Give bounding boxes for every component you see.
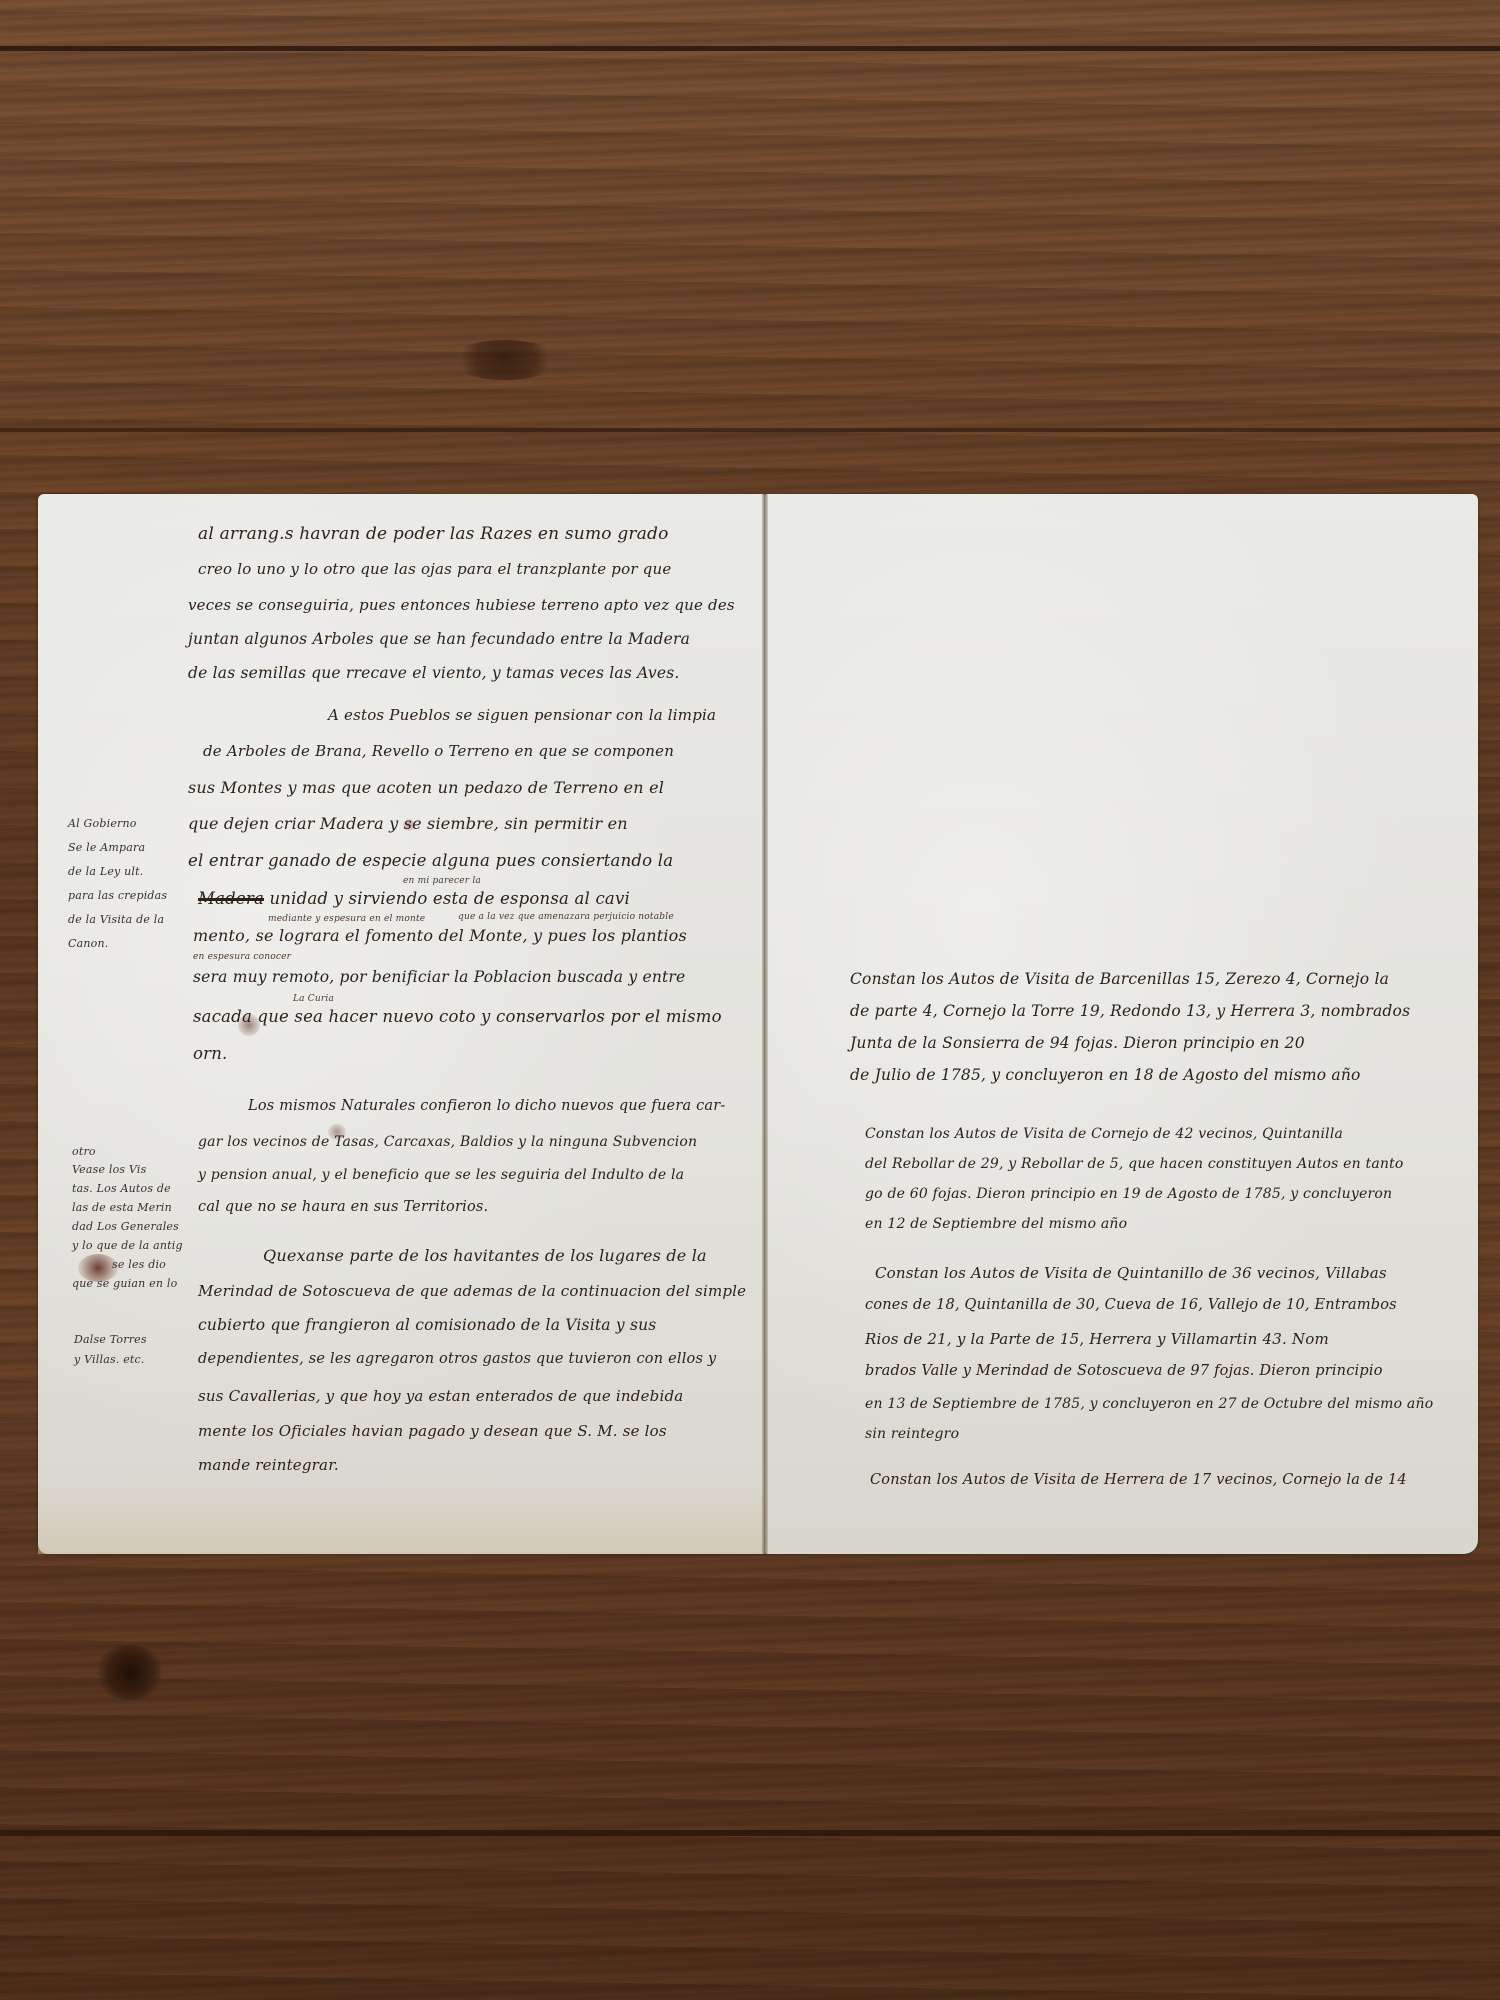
manuscript-line: juntan algunos Arboles que se han fecund… [188,630,690,648]
struck-word: Madera [198,889,264,908]
manuscript-line: veces se conseguiria, pues entonces hubi… [188,596,735,614]
manuscript-line: y pension anual, y el beneficio que se l… [198,1167,684,1183]
margin-note-3: Dalse Torres y Villas. etc. [74,1330,186,1370]
manuscript-line: al arrang.s havran de poder las Razes en… [198,524,669,544]
manuscript-line: Constan los Autos de Visita de Cornejo d… [865,1126,1343,1142]
right-page: Constan los Autos de Visita de Barcenill… [765,494,1478,1554]
manuscript-line: orn. [193,1044,228,1063]
manuscript-line: Junta de la Sonsierra de 94 fojas. Diero… [850,1034,1305,1052]
manuscript-line-text: mente los Oficiales havian pagado y dese… [198,1422,667,1440]
manuscript-line: sera muy remoto, por benificiar la Pobla… [193,968,685,986]
manuscript-line: sus Montes y mas que acoten un pedazo de… [188,778,664,797]
manuscript-line: en 12 de Septiembre del mismo año [865,1216,1127,1232]
manuscript-line: Rios de 21, y la Parte de 15, Herrera y … [865,1330,1329,1348]
interlinear-note: mediante y espesura en el monte [268,914,425,924]
margin-note-1: Al Gobierno Se le Ampara de la Ley ult. … [68,812,178,956]
manuscript-line: sin reintegro [865,1426,959,1442]
margin-line: se les dio [72,1255,184,1274]
manuscript-line: A estos Pueblos se siguen pensionar con … [328,706,716,724]
margin-line: dad Los Generales [72,1217,184,1236]
manuscript-line: de Julio de 1785, y concluyeron en 18 de… [850,1066,1361,1084]
margin-line: Al Gobierno [68,812,178,836]
margin-line: de la Visita de la [68,908,178,932]
manuscript-line: Constan los Autos de Visita de Herrera d… [870,1472,1407,1488]
manuscript-line: que dejen criar Madera y se siembre, sin… [188,814,628,833]
interlinear-note: en mi parecer la [403,876,481,886]
left-page: al arrang.s havran de poder las Razes en… [38,494,765,1554]
margin-line: de la Ley ult. [68,860,178,884]
manuscript-line: mande reintegrar. [198,1456,339,1474]
wood-plank-seam [0,428,1500,432]
manuscript-spread: al arrang.s havran de poder las Razes en… [38,494,1478,1554]
manuscript-line: de las semillas que rrecave el viento, y… [188,664,680,682]
manuscript-line: de Arboles de Brana, Revello o Terreno e… [203,742,674,760]
manuscript-line: dependientes, se les agregaron otros gas… [198,1351,716,1367]
wood-plank-seam [0,1830,1500,1836]
manuscript-line: Constan los Autos de Visita de Quintanil… [875,1264,1387,1282]
interlinear-note: en espesura conocer [193,952,291,962]
manuscript-line: sacada que sea hacer nuevo coto y conser… [193,1007,722,1026]
manuscript-line: el entrar ganado de especie alguna pues … [188,851,673,870]
manuscript-line: cal que no se haura en sus Territorios. [198,1199,488,1215]
manuscript-line: mento, se lograra el fomento del Monte, … [193,926,687,945]
manuscript-line: cones de 18, Quintanilla de 30, Cueva de… [865,1297,1397,1313]
margin-line: Dalse Torres [74,1330,186,1350]
manuscript-line: Madera unidad y sirviendo esta de espons… [198,889,630,908]
manuscript-line: cubierto que frangieron al comisionado d… [198,1316,656,1334]
margin-line: Vease los Vis [72,1160,184,1179]
margin-line: Se le Ampara [68,836,178,860]
margin-line: tas. Los Autos de [72,1179,184,1198]
manuscript-line: Constan los Autos de Visita de Barcenill… [850,970,1389,988]
manuscript-line: gar los vecinos de Tasas, Carcaxas, Bald… [198,1134,697,1150]
margin-line: que se guian en lo [72,1274,184,1293]
wood-knot [95,1645,165,1700]
wood-plank-seam [0,46,1500,51]
manuscript-line: creo lo uno y lo otro que las ojas para … [198,560,671,578]
margin-note-2: otro Vease los Vis tas. Los Autos de las… [72,1144,184,1293]
manuscript-line: brados Valle y Merindad de Sotoscueva de… [865,1363,1383,1379]
interlinear-note: La Curia [293,994,334,1004]
manuscript-line-text: unidad y sirviendo esta de esponsa al ca… [269,889,630,908]
manuscript-line: go de 60 fojas. Dieron principio en 19 d… [865,1186,1392,1202]
manuscript-line: mente los Oficiales havian pagado y dese… [198,1422,667,1440]
manuscript-line: Los mismos Naturales confieron lo dicho … [248,1098,726,1114]
manuscript-line: sus Cavallerias, y que hoy ya estan ente… [198,1387,683,1405]
margin-line: y lo que de la antig [72,1236,184,1255]
page-fold-gutter [762,494,768,1554]
margin-line: para las crepidas [68,884,178,908]
margin-line: Canon. [68,932,178,956]
margin-line: y Villas. etc. [74,1350,186,1370]
interlinear-note: que a la vez que amenazara perjuicio not… [458,912,674,922]
wood-knot [450,340,560,380]
manuscript-line: de parte 4, Cornejo la Torre 19, Redondo… [850,1002,1410,1020]
manuscript-line: del Rebollar de 29, y Rebollar de 5, que… [865,1156,1404,1172]
manuscript-line: Quexanse parte de los havitantes de los … [263,1246,707,1265]
margin-line: otro [72,1144,184,1160]
manuscript-line: en 13 de Septiembre de 1785, y concluyer… [865,1396,1433,1412]
manuscript-line: Merindad de Sotoscueva de que ademas de … [198,1282,746,1300]
margin-line: las de esta Merin [72,1198,184,1217]
